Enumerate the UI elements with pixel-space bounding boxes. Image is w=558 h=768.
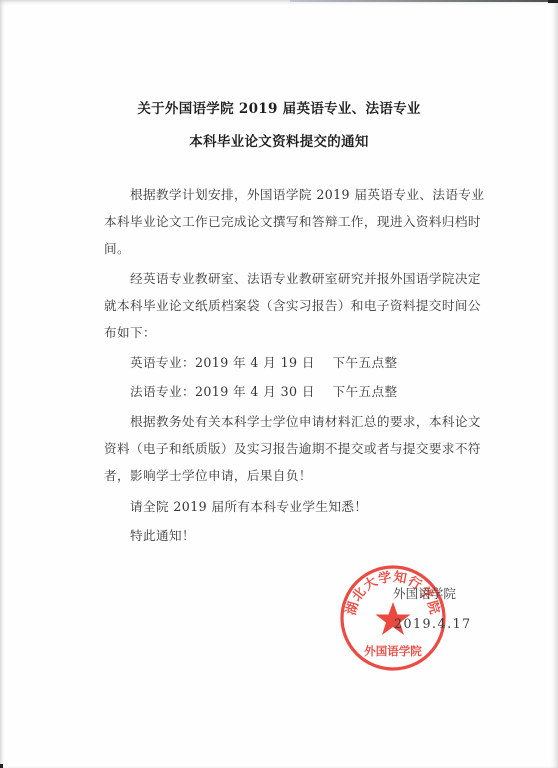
deadline-french: 法语专业：2019 年 4 月 30 日 下午五点整 xyxy=(130,381,397,400)
paragraph-line: 根据教务处有关本科学士学位申请材料汇总的要求，本科论文 xyxy=(130,411,481,430)
deadline-english: 英语专业：2019 年 4 月 19 日 下午五点整 xyxy=(130,352,397,371)
issuer-name: 外国语学院 xyxy=(393,583,456,602)
paragraph-line: 就本科毕业论文纸质档案袋（含实习报告）和电子资料提交时间公 xyxy=(104,295,481,314)
scan-corner-artifact xyxy=(548,0,558,3)
paragraph-line: 经英语专业教研室、法语专业教研室研究并报外国语学院决定 xyxy=(130,268,481,287)
paragraph-line: 资料（电子和纸质版）及实习报告逾期不提交或者与提交要求不符 xyxy=(104,438,481,457)
closing-line: 特此通知！ xyxy=(130,525,195,544)
scanned-page: 关于外国语学院 2019 届英语专业、法语专业 本科毕业论文资料提交的通知 根据… xyxy=(0,0,558,768)
document-title-line-1: 关于外国语学院 2019 届英语专业、法语专业 xyxy=(0,97,558,117)
scan-corner-artifact xyxy=(0,764,3,768)
paragraph-line: 本科毕业论文工作已完成论文撰写和答辩工作，现进入资料归档时 xyxy=(104,211,481,230)
issue-date: 2019.4.17 xyxy=(394,616,472,631)
document-title-line-2: 本科毕业论文资料提交的通知 xyxy=(0,130,558,150)
paragraph-line: 间。 xyxy=(104,238,130,257)
paragraph-line: 根据教学计划安排，外国语学院 2019 届英语专业、法语专业 xyxy=(130,184,484,203)
scan-edge-shadow xyxy=(290,0,558,2)
seal-inner-text: 外国语学院 xyxy=(364,644,422,658)
paragraph-line: 布如下： xyxy=(104,322,156,341)
notice-all-students: 请全院 2019 届所有本科专业学生知悉！ xyxy=(130,496,367,515)
paragraph-line: 者，影响学士学位申请，后果自负！ xyxy=(104,465,312,484)
